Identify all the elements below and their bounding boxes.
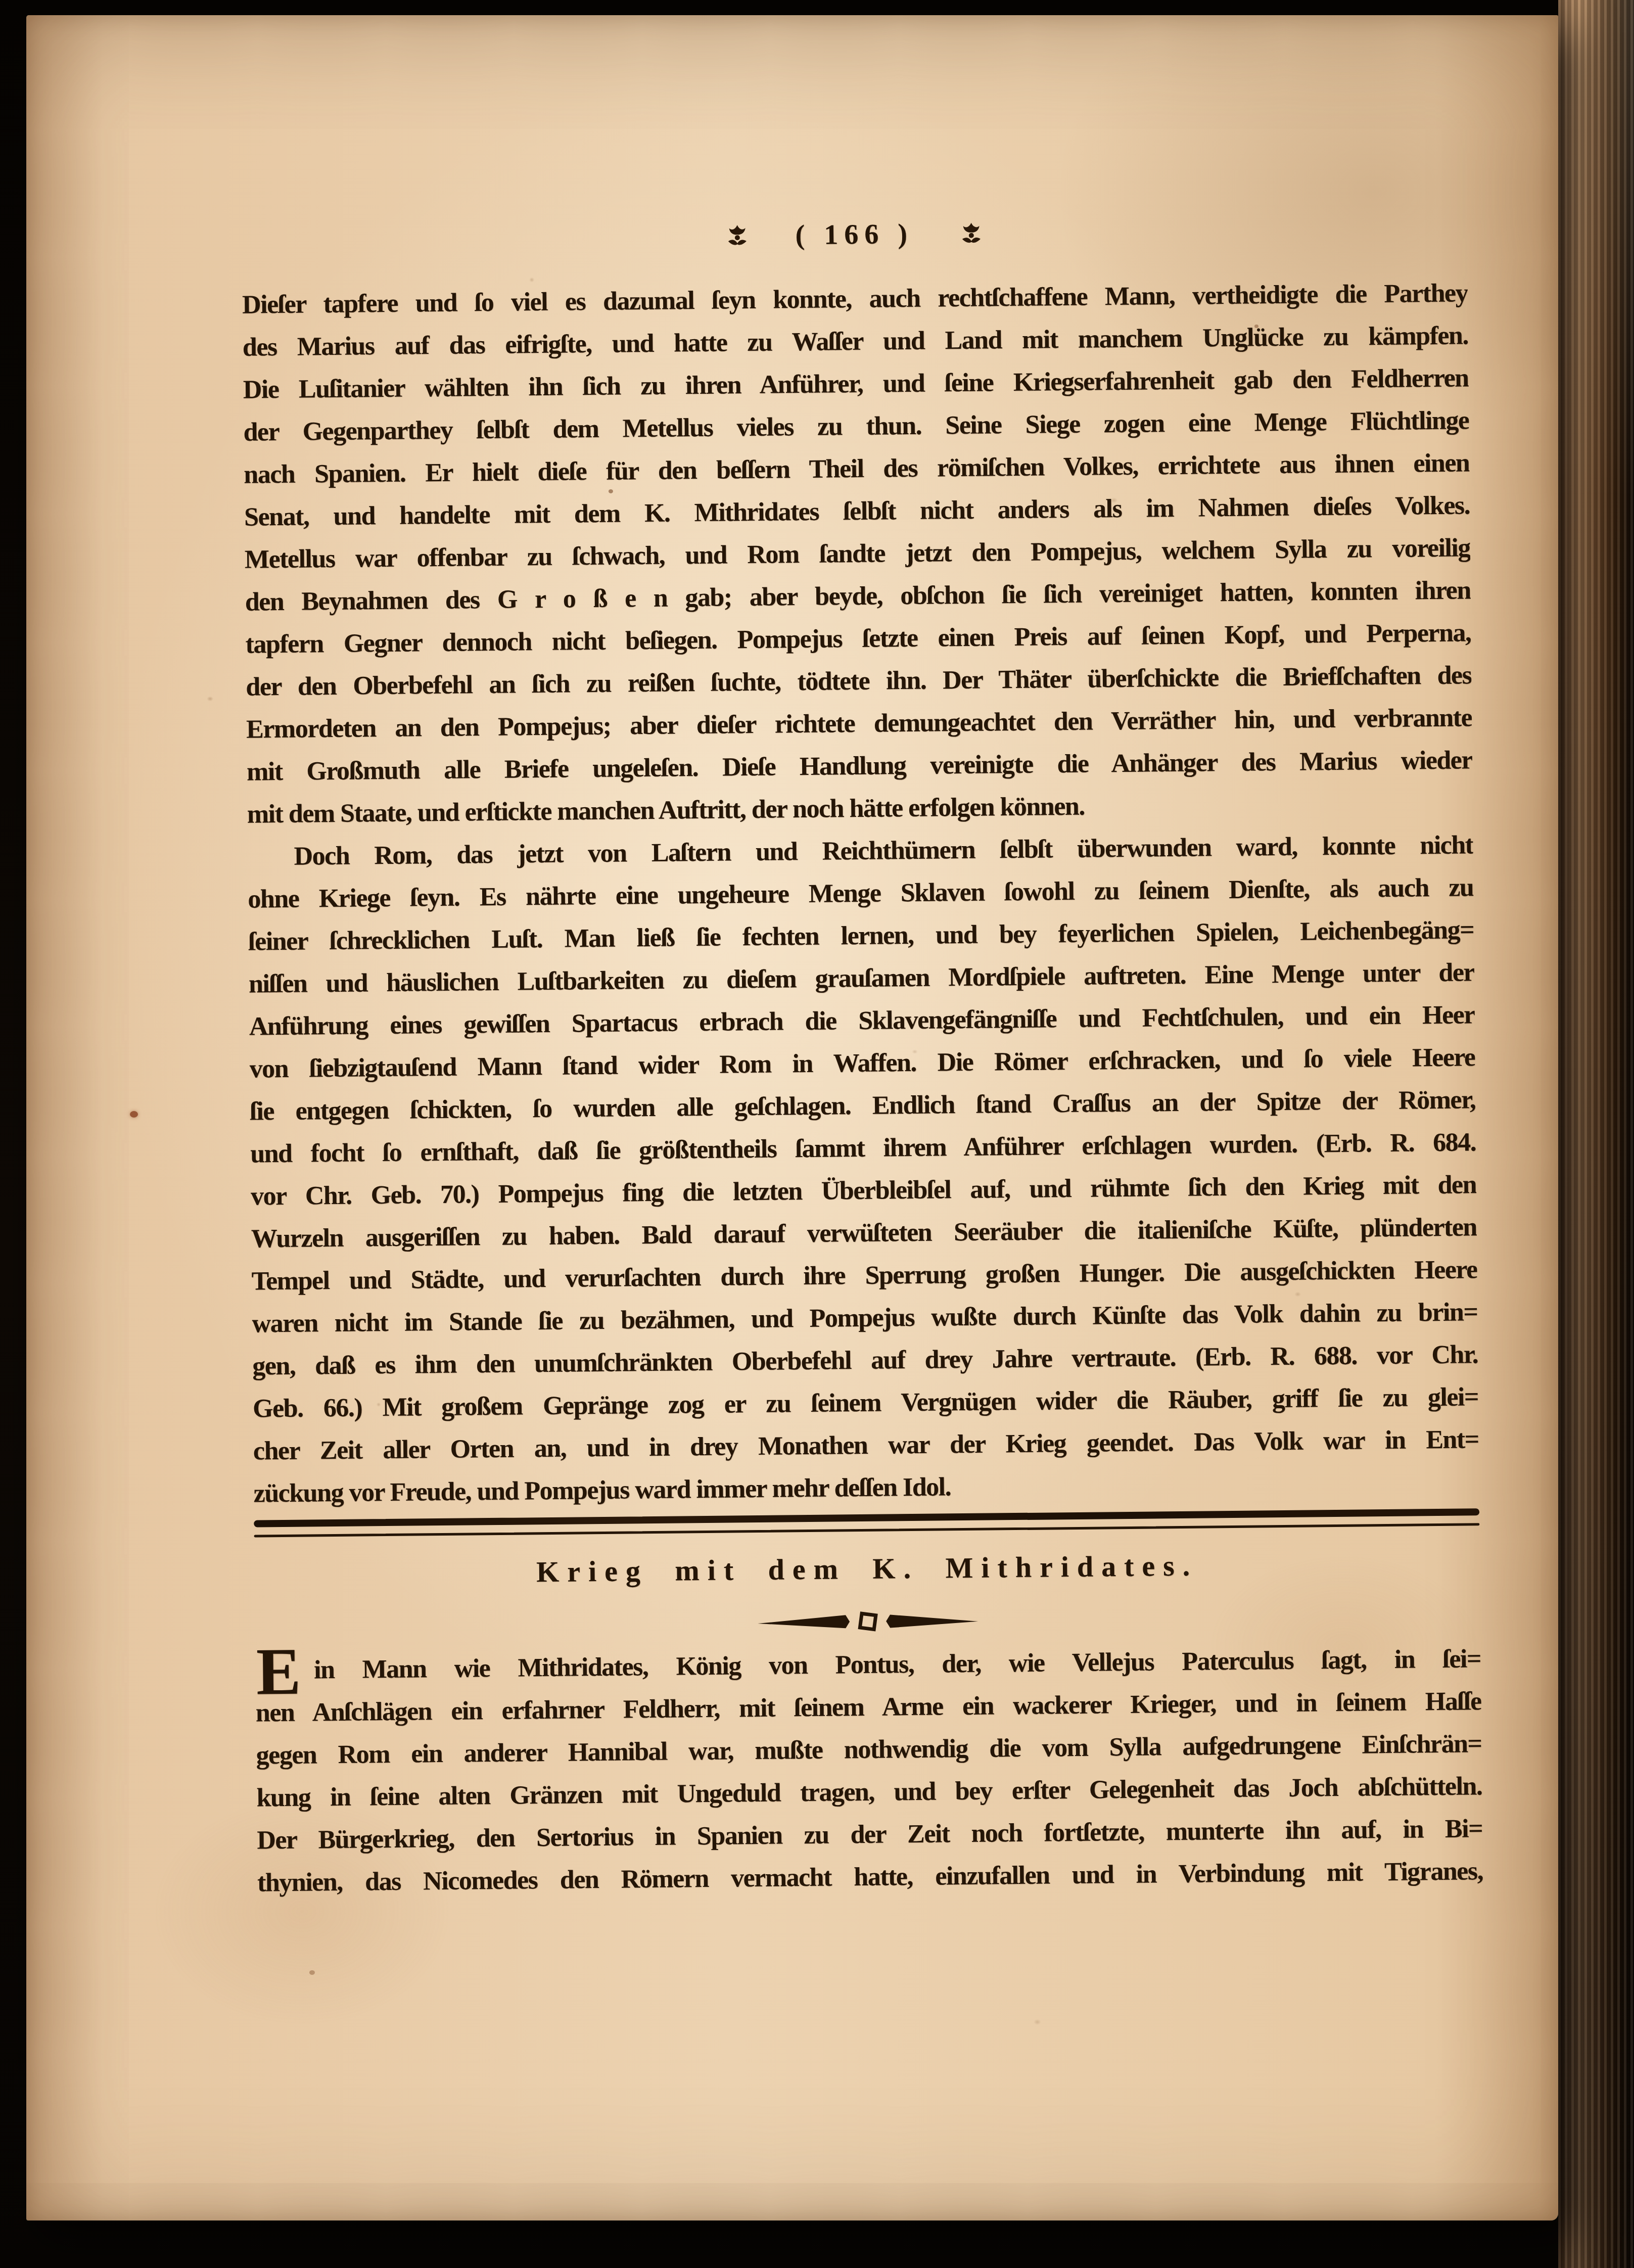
main-text-block: Dieſer tapfere und ſo viel es dazumal ſe… bbox=[242, 272, 1479, 1515]
book-fore-edge bbox=[1558, 0, 1634, 2268]
paper-stain bbox=[130, 1111, 138, 1118]
scanned-book-photo: { "page": { "header": { "page_number": "… bbox=[0, 0, 1634, 2268]
page-number: ( 166 ) bbox=[795, 218, 913, 251]
book-page: ( 166 ) Dieſer tapfere und ſo viel es da… bbox=[26, 15, 1558, 2220]
fleuron-icon bbox=[721, 223, 753, 249]
running-head: ( 166 ) bbox=[242, 212, 1468, 256]
heading-ornament-icon bbox=[255, 1601, 1480, 1644]
mithridates-paragraph: E in Mann wie Mithridates, König von Pon… bbox=[255, 1638, 1483, 1904]
page-content: ( 166 ) Dieſer tapfere und ſo viel es da… bbox=[240, 9, 1486, 2226]
section-heading: Krieg mit dem K. Mithridates. bbox=[254, 1546, 1480, 1591]
fleuron-icon bbox=[956, 221, 987, 247]
drop-cap-initial: E bbox=[256, 1638, 301, 1705]
